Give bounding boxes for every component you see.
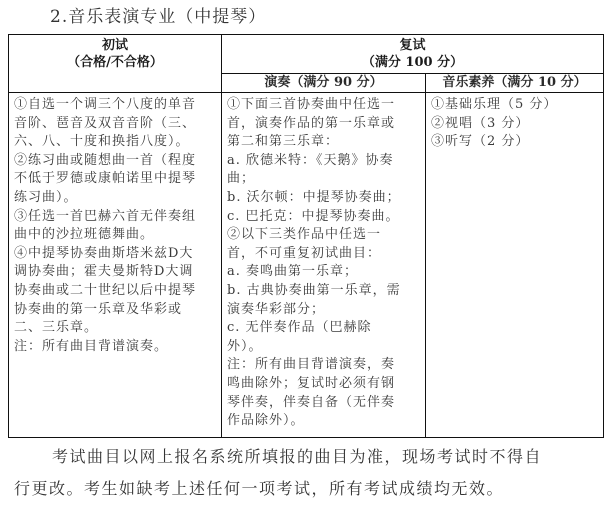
musicianship-line: ①基础乐理（5 分） <box>431 96 598 115</box>
preliminary-content: ①自选一个调三个八度的单音 音阶、琶音及双音音阶（三、 六、八、十度和换指八度）… <box>9 93 222 438</box>
preliminary-line: 练习曲）。 <box>14 189 216 208</box>
exam-requirements-table: 初试 （合格/不合格） 复试 （满分 100 分） 演奏（满分 90 分） 音乐… <box>8 34 604 438</box>
performance-note: 鸣曲除外；复试时必须有钢 <box>227 375 420 394</box>
performance-line: 曲； <box>227 170 420 189</box>
preliminary-header-cell: 初试 （合格/不合格） <box>9 35 222 93</box>
performance-content: ①下面三首协奏曲中任选一 首，演奏作品的第一乐章或 第二和第三乐章： a. 欣德… <box>222 93 426 438</box>
footer-line-1: 考试曲目以网上报名系统所填报的曲目为准，现场考试时不得自 <box>14 441 604 473</box>
performance-header: 演奏（满分 90 分） <box>222 74 426 93</box>
preliminary-line: 六、八、十度和换指八度）。 <box>14 133 216 152</box>
preliminary-subheader: （合格/不合格） <box>9 54 221 71</box>
performance-line: a. 欣德米特：《天鹅》协奏 <box>227 152 420 171</box>
section-title: 2.音乐表演专业（中提琴） <box>50 2 266 27</box>
preliminary-line: 协奏曲的第一乐章及华彩或 <box>14 301 216 320</box>
preliminary-line: ②练习曲或随想曲一首（程度 <box>14 152 216 171</box>
musicianship-content: ①基础乐理（5 分） ②视唱（3 分） ③听写（2 分） <box>426 93 604 438</box>
preliminary-line: ④中提琴协奏曲斯塔米兹D大 <box>14 245 216 264</box>
performance-note: 注：所有曲目背谱演奏，奏 <box>227 356 420 375</box>
footer-line-2: 行更改。考生如缺考上述任何一项考试，所有考试成绩均无效。 <box>14 473 604 505</box>
preliminary-line: 曲中的沙拉班德舞曲。 <box>14 226 216 245</box>
musicianship-line: ③听写（2 分） <box>431 133 598 152</box>
performance-note: 作品除外）。 <box>227 412 420 431</box>
performance-line: 演奏华彩部分； <box>227 301 420 320</box>
musicianship-line: ②视唱（3 分） <box>431 115 598 134</box>
preliminary-line: 二、三乐章。 <box>14 319 216 338</box>
performance-line: b. 沃尔顿：中提琴协奏曲； <box>227 189 420 208</box>
retest-header: 复试 <box>222 37 603 54</box>
preliminary-line: 协奏曲或二十世纪以后中提琴 <box>14 282 216 301</box>
musicianship-header: 音乐素养（满分 10 分） <box>426 74 604 93</box>
preliminary-header: 初试 <box>9 37 221 54</box>
performance-line: 首，演奏作品的第一乐章或 <box>227 115 420 134</box>
performance-line: 首，不可重复初试曲目： <box>227 245 420 264</box>
preliminary-line: 不低于罗德或康帕诺里中提琴 <box>14 170 216 189</box>
performance-line: 第二和第三乐章： <box>227 133 420 152</box>
footer-text-1: 考试曲目以网上报名系统所填报的曲目为准，现场考试时不得自 <box>52 447 542 466</box>
performance-line: c. 巴托克：中提琴协奏曲。 <box>227 208 420 227</box>
preliminary-line: 调协奏曲；霍夫曼斯特D大调 <box>14 263 216 282</box>
performance-line: ①下面三首协奏曲中任选一 <box>227 96 420 115</box>
performance-line: b. 古典协奏曲第一乐章，需 <box>227 282 420 301</box>
performance-line: 外）。 <box>227 338 420 357</box>
performance-line: c. 无伴奏作品（巴赫除 <box>227 319 420 338</box>
performance-line: a. 奏鸣曲第一乐章； <box>227 263 420 282</box>
retest-subheader: （满分 100 分） <box>222 54 603 71</box>
footer-note: 考试曲目以网上报名系统所填报的曲目为准，现场考试时不得自 行更改。考生如缺考上述… <box>14 441 604 505</box>
performance-line: ②以下三类作品中任选一 <box>227 226 420 245</box>
preliminary-line: 音阶、琶音及双音音阶（三、 <box>14 115 216 134</box>
performance-note: 琴伴奏，伴奏自备（无伴奏 <box>227 394 420 413</box>
preliminary-note: 注：所有曲目背谱演奏。 <box>14 338 216 357</box>
preliminary-line: ③任选一首巴赫六首无伴奏组 <box>14 208 216 227</box>
retest-header-cell: 复试 （满分 100 分） <box>222 35 604 74</box>
preliminary-line: ①自选一个调三个八度的单音 <box>14 96 216 115</box>
